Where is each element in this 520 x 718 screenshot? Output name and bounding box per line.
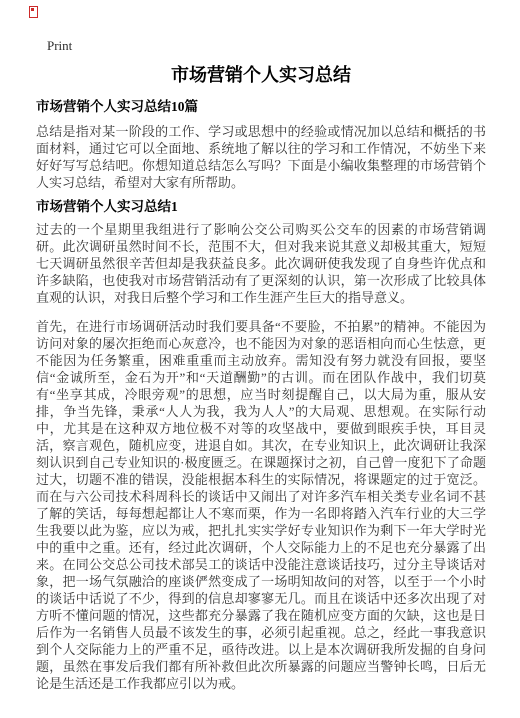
document-content: 市场营销个人实习总结 市场营销个人实习总结10篇 总结是指对某一阶段的工作、学习… <box>36 63 486 692</box>
print-preview-page: { "page": { "print_label": "Print", "tit… <box>0 0 520 718</box>
broken-image-dot <box>31 8 34 11</box>
section-1-heading: 市场营销个人实习总结1 <box>36 199 486 214</box>
broken-image-icon <box>29 6 38 18</box>
intro-paragraph: 总结是指对某一阶段的工作、学习或思想中的经验或情况加以总结和概括的书面材料，通过… <box>36 123 486 191</box>
document-subtitle: 市场营销个人实习总结10篇 <box>36 99 486 114</box>
page-title: 市场营销个人实习总结 <box>36 63 486 88</box>
print-link[interactable]: Print <box>47 38 72 53</box>
section-1-paragraph-2: 首先，在进行市场调研活动时我们要具备“不要脸，不拍累”的精神。不能因为访问对象的… <box>36 318 486 692</box>
section-1-paragraph-1: 过去的一个星期里我组进行了影响公交公司购买公交车的因素的市场营销调研。此次调研虽… <box>36 221 486 306</box>
